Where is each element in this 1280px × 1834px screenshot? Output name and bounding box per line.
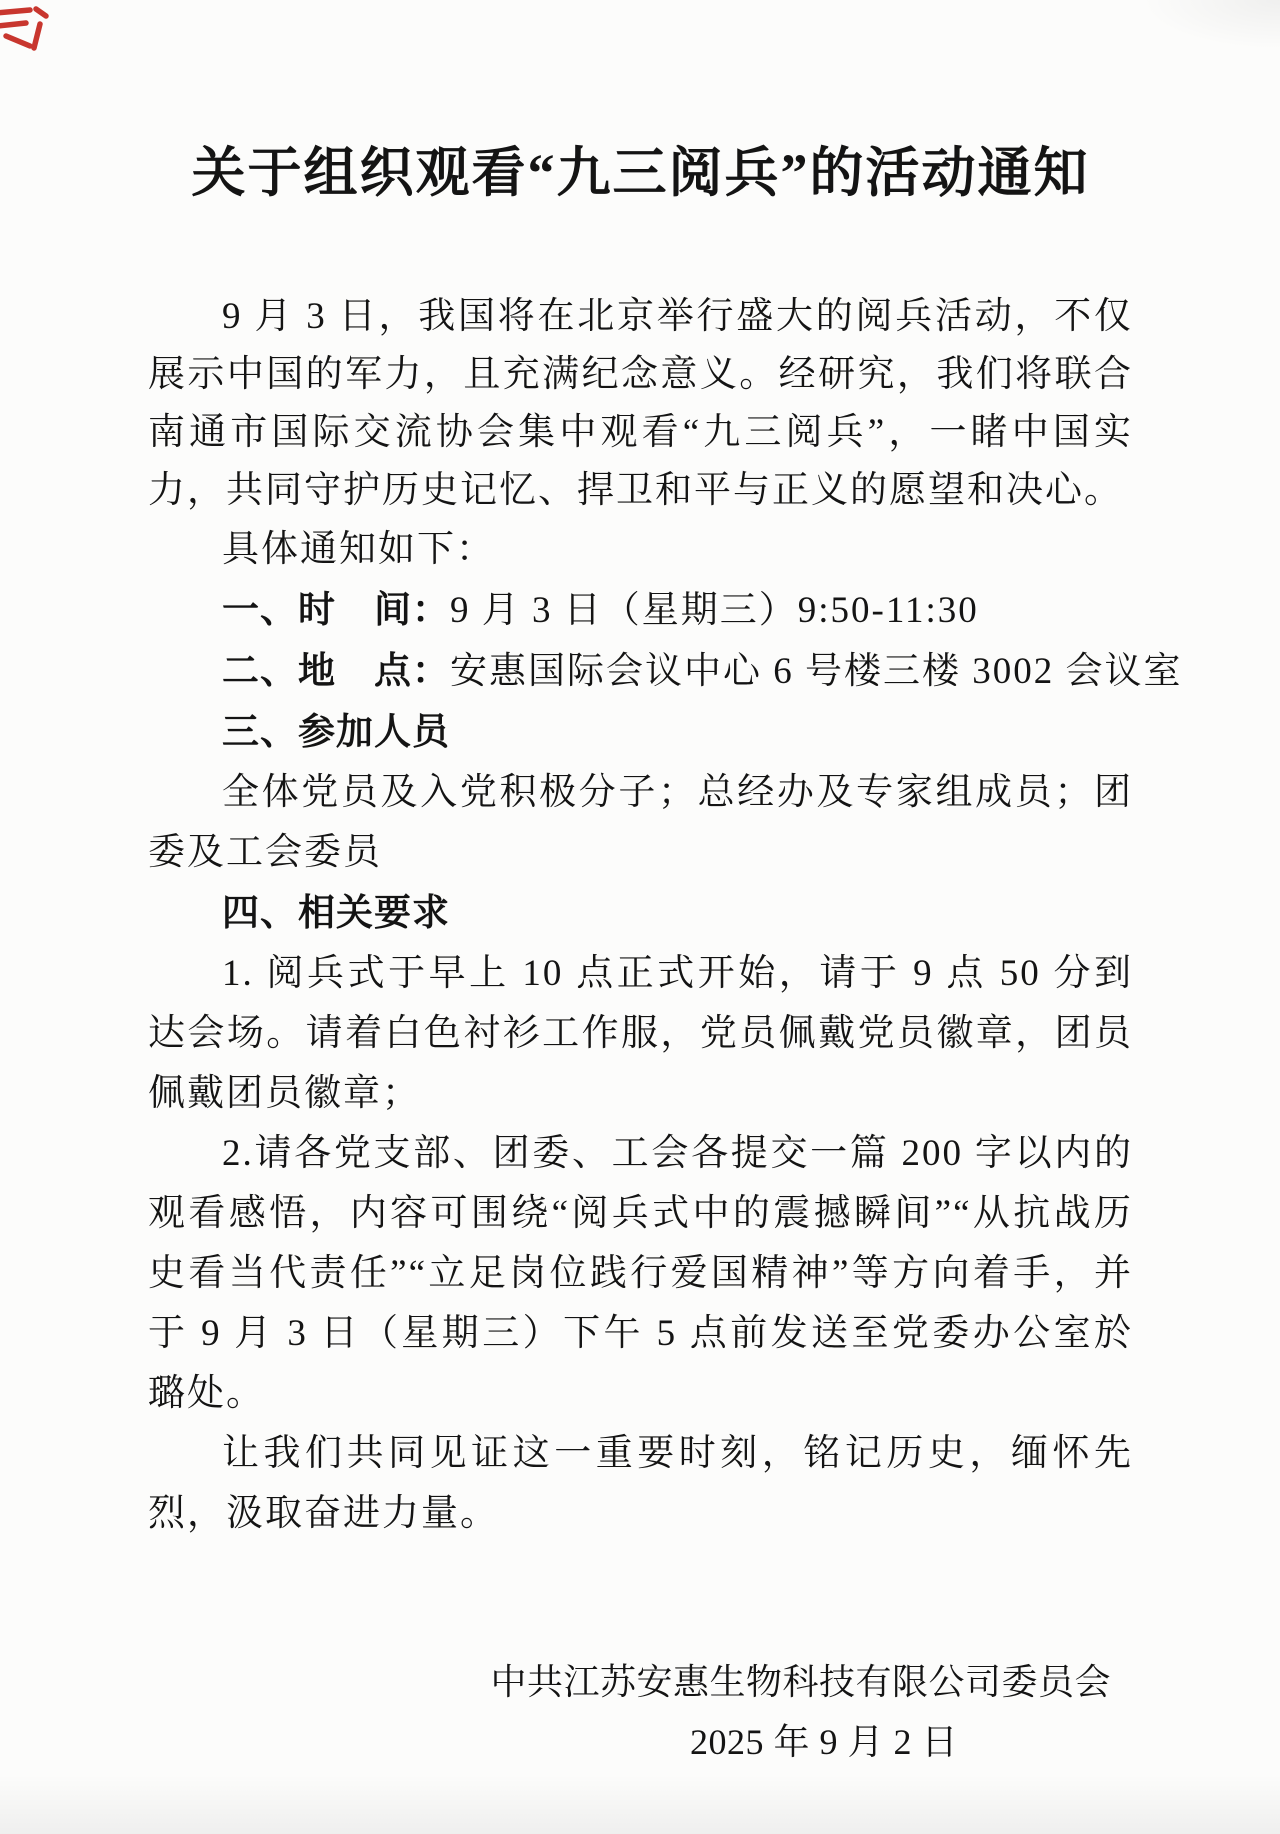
requirement-2: 2.请各党支部、团委、工会各提交一篇 200 字以内的观看感悟，内容可围绕“阅兵… bbox=[148, 1124, 1133, 1424]
time-item: 一、时 间：9 月 3 日（星期三）9:50-11:30 bbox=[148, 580, 1133, 641]
participants-heading-line: 三、参加人员 bbox=[148, 702, 1133, 763]
page-title: 关于组织观看“九三阅兵”的活动通知 bbox=[148, 140, 1133, 206]
requirement-1: 1. 阅兵式于早上 10 点正式开始，请于 9 点 50 分到达会场。请着白色衬… bbox=[148, 944, 1133, 1124]
red-letterhead-fragment-icon bbox=[0, 4, 58, 52]
photo-shading-bottom bbox=[0, 1774, 1280, 1834]
time-label: 一、时 间： bbox=[222, 589, 450, 630]
participants-body: 全体党员及入党积极分子；总经办及专家组成员；团委及工会委员 bbox=[148, 763, 1133, 883]
requirements-heading-line: 四、相关要求 bbox=[148, 883, 1133, 944]
signature-organization: 中共江苏安惠生物科技有限公司委员会 bbox=[148, 1652, 1133, 1712]
place-label: 二、地 点： bbox=[222, 650, 450, 691]
place-value: 安惠国际会议中心 6 号楼三楼 3002 会议室 bbox=[450, 651, 1183, 692]
place-item: 二、地 点：安惠国际会议中心 6 号楼三楼 3002 会议室 bbox=[148, 641, 1133, 702]
signature-block: 中共江苏安惠生物科技有限公司委员会 2025 年 9 月 2 日 bbox=[148, 1652, 1133, 1772]
participants-heading: 三、参加人员 bbox=[222, 711, 450, 752]
requirements-heading: 四、相关要求 bbox=[222, 892, 450, 933]
document-body: 关于组织观看“九三阅兵”的活动通知 9 月 3 日，我国将在北京举行盛大的阅兵活… bbox=[148, 0, 1133, 1772]
notice-document-page: 关于组织观看“九三阅兵”的活动通知 9 月 3 日，我国将在北京举行盛大的阅兵活… bbox=[0, 0, 1280, 1834]
notice-lead-line: 具体通知如下： bbox=[148, 520, 1133, 580]
signature-date: 2025 年 9 月 2 日 bbox=[148, 1712, 1133, 1772]
time-value: 9 月 3 日（星期三）9:50-11:30 bbox=[450, 590, 979, 631]
photo-shading-top-right bbox=[1140, 0, 1280, 50]
closing-paragraph: 让我们共同见证这一重要时刻，铭记历史，缅怀先烈，汲取奋进力量。 bbox=[148, 1424, 1133, 1544]
intro-paragraph: 9 月 3 日，我国将在北京举行盛大的阅兵活动，不仅展示中国的军力，且充满纪念意… bbox=[148, 288, 1133, 520]
